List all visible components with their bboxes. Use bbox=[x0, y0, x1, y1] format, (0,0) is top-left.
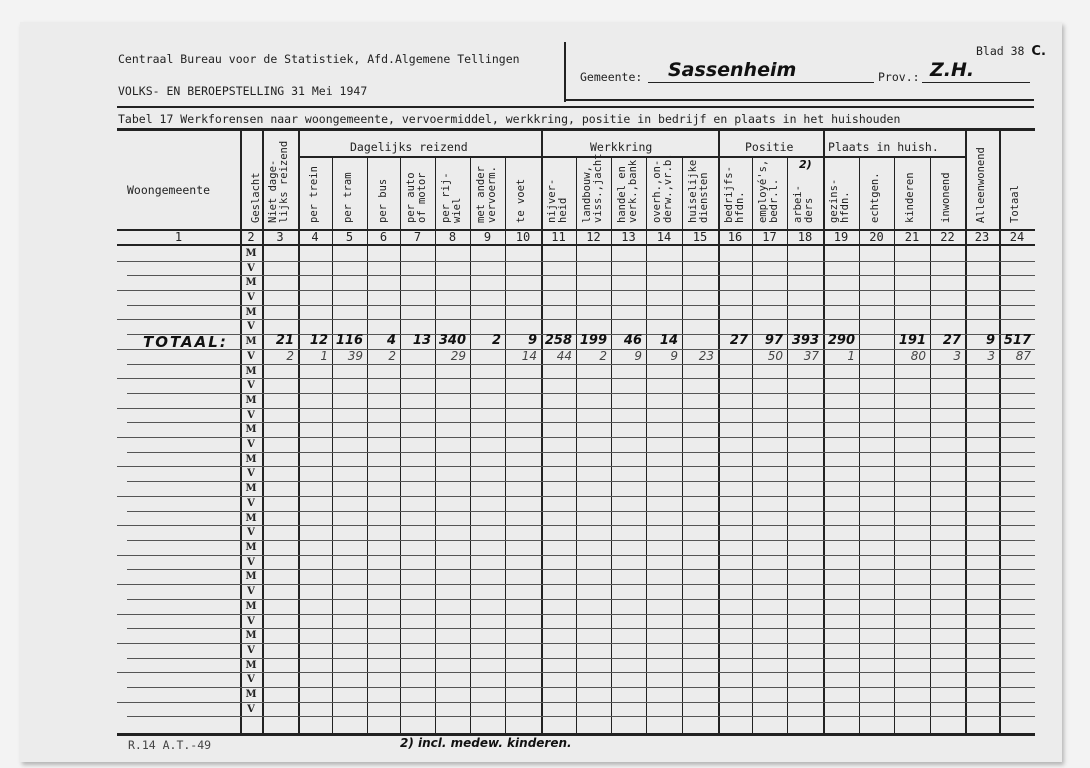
row-rule bbox=[127, 599, 1035, 600]
table-top-rule bbox=[117, 128, 1035, 131]
row-rule bbox=[117, 378, 1035, 379]
row-rule bbox=[127, 364, 1035, 365]
sex-label-m: M bbox=[240, 513, 262, 524]
total-v-cell: 29 bbox=[435, 349, 466, 363]
total-v-cell: 3 bbox=[930, 349, 961, 363]
column-header-4: per trein bbox=[309, 160, 320, 223]
sex-label-v: V bbox=[240, 704, 262, 715]
row-rule bbox=[127, 687, 1035, 688]
sex-label-m: M bbox=[240, 689, 262, 700]
total-m-cell: 9 bbox=[505, 333, 537, 348]
column-header-9: met ander vervoerm. bbox=[476, 160, 498, 223]
column-number: 3 bbox=[262, 230, 298, 244]
row-rule bbox=[117, 290, 1035, 291]
column-header-16: bedrijfs- hfdn. bbox=[724, 160, 746, 223]
row-rule bbox=[127, 569, 1035, 570]
total-v-cell: 80 bbox=[894, 349, 926, 363]
total-m-cell: 27 bbox=[930, 333, 961, 348]
column-header-5: per tram bbox=[343, 160, 354, 223]
sex-label-v: V bbox=[240, 586, 262, 597]
sex-label-v: V bbox=[240, 351, 262, 362]
sex-label-m: M bbox=[240, 454, 262, 465]
table-bottom-rule bbox=[117, 733, 1035, 736]
column-header-21: kinderen bbox=[905, 160, 916, 223]
province-underline bbox=[922, 82, 1030, 83]
column-header-17: employé's, bedr.l. bbox=[758, 160, 780, 223]
sex-label-m: M bbox=[240, 366, 262, 377]
census-title: VOLKS- EN BEROEPSTELLING 31 Mei 1947 bbox=[118, 84, 367, 98]
sex-label-m: M bbox=[240, 424, 262, 435]
total-v-cell: 2 bbox=[262, 349, 294, 363]
municipality-label: Gemeente: bbox=[580, 70, 642, 84]
sex-label-m: M bbox=[240, 336, 262, 347]
row-rule bbox=[117, 261, 1035, 262]
row-rule bbox=[127, 658, 1035, 659]
column-number: 2 bbox=[240, 230, 262, 244]
column-header-20: echtgen. bbox=[870, 160, 881, 223]
footnote: 2) incl. medew. kinderen. bbox=[400, 736, 572, 750]
body-top-rule bbox=[117, 244, 1035, 246]
row-rule bbox=[117, 319, 1035, 320]
total-m-cell: 2 bbox=[470, 333, 501, 348]
total-m-cell: 517 bbox=[999, 333, 1031, 348]
column-number: 1 bbox=[117, 230, 240, 244]
row-rule bbox=[117, 584, 1035, 585]
row-rule bbox=[117, 437, 1035, 438]
row-rule bbox=[117, 643, 1035, 644]
total-v-cell: 2 bbox=[576, 349, 607, 363]
municipality-value: Sassenheim bbox=[668, 59, 796, 81]
sex-label-v: V bbox=[240, 468, 262, 479]
column-header-11: nijver- heid bbox=[547, 160, 569, 223]
header-divider bbox=[564, 42, 566, 102]
row-rule bbox=[117, 408, 1035, 409]
column-number: 17 bbox=[752, 230, 787, 244]
sex-label-v: V bbox=[240, 439, 262, 450]
sex-label-m: M bbox=[240, 307, 262, 318]
column-header-6: per bus bbox=[378, 160, 389, 223]
sheet-number: Blad 38 C. bbox=[976, 44, 1046, 59]
header-rule bbox=[566, 99, 1034, 101]
sex-label-m: M bbox=[240, 601, 262, 612]
sex-label-m: M bbox=[240, 571, 262, 582]
column-number: 10 bbox=[505, 230, 541, 244]
total-m-cell: 27 bbox=[718, 333, 748, 348]
total-m-cell: 290 bbox=[823, 333, 855, 348]
total-v-cell: 37 bbox=[787, 349, 819, 363]
column-header-22: inwonend bbox=[941, 160, 952, 223]
sex-label-m: M bbox=[240, 542, 262, 553]
total-v-cell: 44 bbox=[541, 349, 572, 363]
column-number: 8 bbox=[435, 230, 470, 244]
column-header-24: Totaal bbox=[1010, 135, 1021, 223]
row-rule bbox=[117, 496, 1035, 497]
total-m-cell: 9 bbox=[965, 333, 995, 348]
total-m-cell: 14 bbox=[646, 333, 678, 348]
sex-label-v: V bbox=[240, 380, 262, 391]
total-v-cell: 14 bbox=[505, 349, 537, 363]
group-header-dagelijks: Dagelijks reizend bbox=[350, 140, 468, 154]
column-number: 15 bbox=[682, 230, 718, 244]
sex-label-m: M bbox=[240, 660, 262, 671]
total-m-cell: 4 bbox=[367, 333, 396, 348]
total-m-cell: 97 bbox=[752, 333, 783, 348]
total-v-cell: 23 bbox=[682, 349, 714, 363]
total-m-cell: 116 bbox=[332, 333, 363, 348]
column-number: 11 bbox=[541, 230, 576, 244]
column-number: 22 bbox=[930, 230, 965, 244]
total-v-cell: 1 bbox=[298, 349, 328, 363]
sex-label-v: V bbox=[240, 410, 262, 421]
column-number: 4 bbox=[298, 230, 332, 244]
row-rule bbox=[127, 422, 1035, 423]
row-rule bbox=[127, 628, 1035, 629]
total-m-cell: 340 bbox=[435, 333, 466, 348]
column-header-7: per auto of motor bbox=[406, 160, 428, 223]
total-m-cell: 393 bbox=[787, 333, 819, 348]
row-rule bbox=[127, 716, 1035, 717]
sex-label-m: M bbox=[240, 248, 262, 259]
group-header-plaats: Plaats in huish. bbox=[828, 140, 939, 154]
column-number: 19 bbox=[823, 230, 859, 244]
total-m-cell: 191 bbox=[894, 333, 926, 348]
column-number: 13 bbox=[611, 230, 646, 244]
sex-label-m: M bbox=[240, 277, 262, 288]
column-header-23: Alleenwonend bbox=[976, 135, 987, 223]
organization-title: Centraal Bureau voor de Statistiek, Afd.… bbox=[118, 52, 520, 66]
column-number: 14 bbox=[646, 230, 682, 244]
total-m-cell: 13 bbox=[400, 333, 431, 348]
column-number: 12 bbox=[576, 230, 611, 244]
column-header-10: te voet bbox=[516, 160, 527, 223]
total-v-cell: 9 bbox=[646, 349, 678, 363]
column-header-8: per rij- wiel bbox=[441, 160, 463, 223]
row-rule bbox=[117, 466, 1035, 467]
row-rule bbox=[117, 525, 1035, 526]
column-number: 23 bbox=[965, 230, 999, 244]
total-v-cell: 3 bbox=[965, 349, 995, 363]
total-v-cell: 87 bbox=[999, 349, 1031, 363]
row-rule bbox=[117, 672, 1035, 673]
row-rule bbox=[117, 614, 1035, 615]
sex-label-v: V bbox=[240, 292, 262, 303]
total-m-cell: 258 bbox=[541, 333, 572, 348]
row-rule bbox=[127, 540, 1035, 541]
sex-label-m: M bbox=[240, 395, 262, 406]
group-rule-werkkring bbox=[541, 156, 718, 158]
total-m-cell: 199 bbox=[576, 333, 607, 348]
column-header-3: Niet dage- lijks reizend bbox=[268, 135, 290, 223]
total-v-cell: 39 bbox=[332, 349, 363, 363]
row-rule bbox=[127, 305, 1035, 306]
total-m-cell: 12 bbox=[298, 333, 328, 348]
column-number: 16 bbox=[718, 230, 752, 244]
total-m-cell: 21 bbox=[262, 333, 294, 348]
column-number: 24 bbox=[999, 230, 1035, 244]
column-number: 7 bbox=[400, 230, 435, 244]
group-header-positie: Positie bbox=[745, 140, 793, 154]
column-header-14: overh.,on- derw.,vr.b. bbox=[652, 160, 674, 223]
sex-label-v: V bbox=[240, 263, 262, 274]
row-rule bbox=[127, 481, 1035, 482]
column-number: 9 bbox=[470, 230, 505, 244]
sex-label-m: M bbox=[240, 483, 262, 494]
title-rule-top bbox=[117, 106, 1034, 108]
column-header-12: landbouw, viss.,jacht bbox=[582, 160, 604, 223]
group-rule-plaats bbox=[823, 156, 965, 158]
province-label: Prov.: bbox=[878, 70, 920, 84]
column-header-13: handel en verk.,bank bbox=[617, 160, 639, 223]
sex-label-v: V bbox=[240, 498, 262, 509]
sex-label-v: V bbox=[240, 557, 262, 568]
group-header-werkkring: Werkkring bbox=[590, 140, 652, 154]
row-rule bbox=[127, 452, 1035, 453]
column-header-15: huiselijke diensten bbox=[688, 160, 710, 223]
column-number: 20 bbox=[859, 230, 894, 244]
total-m-cell: 46 bbox=[611, 333, 642, 348]
row-rule bbox=[127, 393, 1035, 394]
column-number: 21 bbox=[894, 230, 930, 244]
total-v-cell: 9 bbox=[611, 349, 642, 363]
column-number: 18 bbox=[787, 230, 823, 244]
total-row-label: TOTAAL: bbox=[143, 333, 228, 351]
column-header-19: gezins- hfdn. bbox=[829, 160, 851, 223]
footnote-marker: 2) bbox=[799, 158, 812, 171]
row-rule bbox=[117, 702, 1035, 703]
sex-label-v: V bbox=[240, 527, 262, 538]
table-title: Tabel 17 Werkforensen naar woongemeente,… bbox=[118, 112, 900, 126]
total-v-cell: 1 bbox=[823, 349, 855, 363]
form-code: R.14 A.T.-49 bbox=[128, 738, 211, 752]
sex-label-v: V bbox=[240, 616, 262, 627]
column-header-2: Geslacht bbox=[251, 135, 262, 223]
sex-label-m: M bbox=[240, 630, 262, 641]
sex-label-v: V bbox=[240, 674, 262, 685]
total-v-cell: 50 bbox=[752, 349, 783, 363]
sex-label-v: V bbox=[240, 645, 262, 656]
row-rule bbox=[127, 511, 1035, 512]
column-number: 5 bbox=[332, 230, 367, 244]
municipality-underline bbox=[648, 82, 874, 83]
total-v-cell: 2 bbox=[367, 349, 396, 363]
column-number: 6 bbox=[367, 230, 400, 244]
province-value: Z.H. bbox=[930, 59, 974, 81]
sex-label-v: V bbox=[240, 321, 262, 332]
row-rule bbox=[127, 275, 1035, 276]
column-header-woongemeente: Woongemeente bbox=[127, 183, 210, 197]
group-rule-dagelijks bbox=[298, 156, 541, 158]
row-rule bbox=[117, 555, 1035, 556]
